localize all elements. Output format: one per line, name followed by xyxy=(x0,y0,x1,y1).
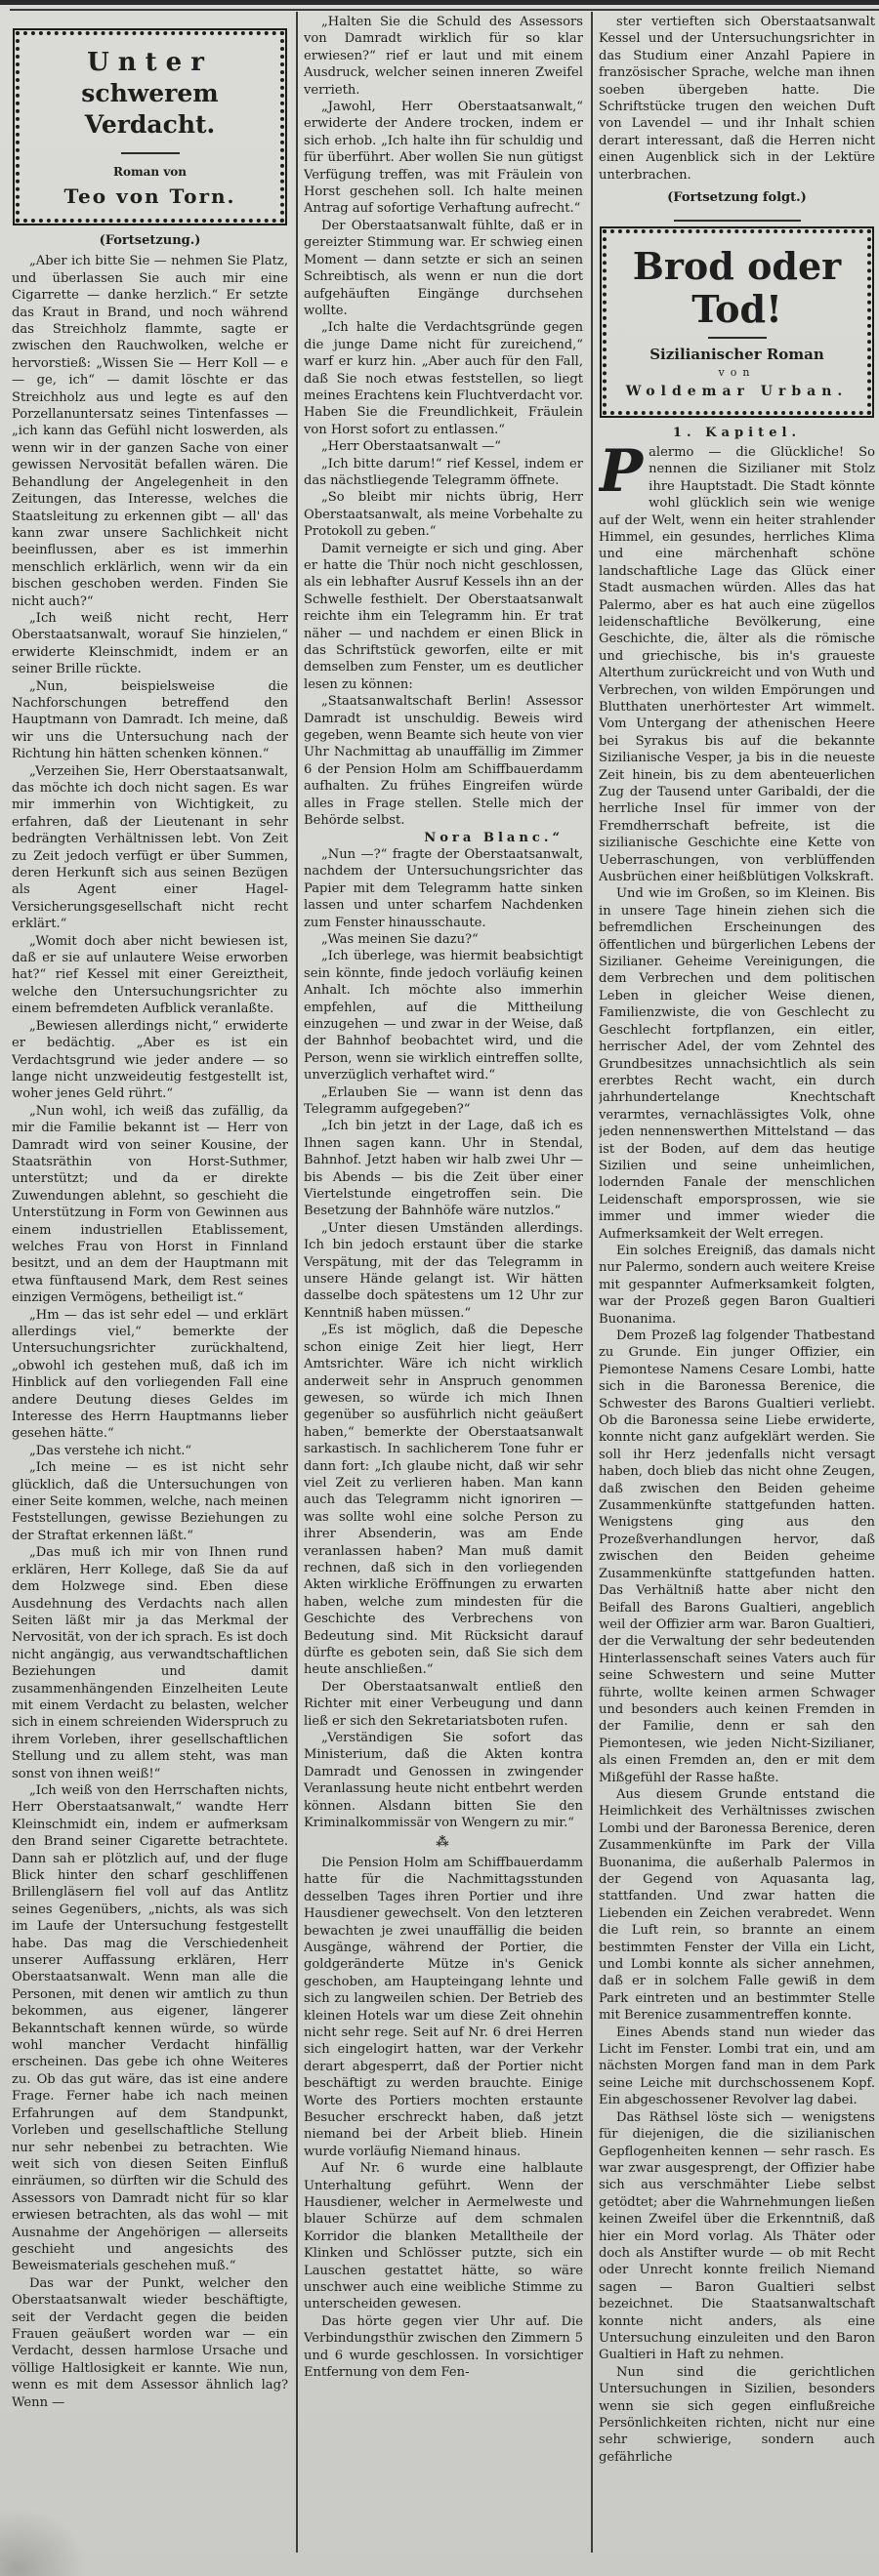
continuation-label: (Fortsetzung.) xyxy=(12,232,288,249)
paragraph: Das Räthsel löste sich — wenigstens für … xyxy=(599,2109,875,2364)
paragraph: Damit verneigte er sich und ging. Aber e… xyxy=(304,541,583,694)
paragraph: „Ich bitte darum!“ rief Kessel, indem er… xyxy=(304,456,583,490)
paragraph: Dem Prozeß lag folgender Thatbestand zu … xyxy=(599,1328,875,1786)
paragraph: Der Oberstaatsanwalt fühlte, daß er in g… xyxy=(304,218,583,319)
paragraph: Der Oberstaatsanwalt entließ den Richter… xyxy=(304,1679,583,1730)
section-rule xyxy=(674,220,801,222)
paragraph: „Was meinen Sie dazu?“ xyxy=(304,931,583,948)
first-paragraph: Palermo — die Glückliche! So nennen die … xyxy=(599,444,875,886)
novel-by: von xyxy=(614,364,859,382)
paragraph: Die Pension Holm am Schiffbauerdamm hatt… xyxy=(304,1855,583,2160)
serial-subtitle: Roman von xyxy=(27,164,272,180)
paragraph: „Womit doch aber nicht bewiesen ist, daß… xyxy=(12,933,288,1018)
article-body: „Nun —?“ fragte der Oberstaatsanwalt, na… xyxy=(304,846,583,1832)
paper-stain xyxy=(0,2508,88,2576)
first-paragraph-text: alermo — die Glückliche! So nennen die S… xyxy=(599,445,875,884)
paragraph: Aus diesem Grunde entstand die Heimlichk… xyxy=(599,1786,875,2024)
paragraph: „Es ist möglich, daß die Depesche schon … xyxy=(304,1322,583,1679)
paragraph: „Nun, beispielsweise die Nachforschungen… xyxy=(12,678,288,763)
article-body: Die Pension Holm am Schiffbauerdamm hatt… xyxy=(304,1855,583,2382)
column-divider xyxy=(296,12,298,2553)
column-3: ster vertieften sich Oberstaatsanwalt Ke… xyxy=(599,14,875,2555)
article-body: Und wie im Großen, so im Kleinen. Bis in… xyxy=(599,885,875,2466)
paragraph: „Bewiesen allerdings nicht,“ erwiderte e… xyxy=(12,1018,288,1103)
column-1: Unter schwerem Verdacht. Roman von Teo v… xyxy=(12,14,288,2555)
paragraph: „Verständigen Sie sofort das Ministerium… xyxy=(304,1730,583,1831)
paragraph: „Nun wohl, ich weiß das zufällig, da mir… xyxy=(12,1103,288,1307)
paragraph: Das hörte gegen vier Uhr auf. Die Verbin… xyxy=(304,2313,583,2382)
novel-author: Woldemar Urban. xyxy=(614,382,859,401)
telegram-signature: Nora Blanc.“ xyxy=(304,830,583,846)
novel-title: Brod oder Tod! xyxy=(614,245,859,331)
paragraph: „Verzeihen Sie, Herr Oberstaatsanwalt, d… xyxy=(12,763,288,933)
paragraph: „Nun —?“ fragte der Oberstaatsanwalt, na… xyxy=(304,846,583,931)
paragraph: „Ich meine — es ist nicht sehr glücklich… xyxy=(12,1459,288,1544)
newspaper-page: Unter schwerem Verdacht. Roman von Teo v… xyxy=(0,0,879,2576)
paragraph: „Aber ich bitte Sie — nehmen Sie Platz, … xyxy=(12,253,288,610)
paragraph: „Erlauben Sie — wann ist denn das Telegr… xyxy=(304,1084,583,1119)
paragraph: „Ich halte die Verdachtsgründe gegen die… xyxy=(304,319,583,438)
paragraph: „So bleibt mir nichts übrig, Herr Oberst… xyxy=(304,489,583,540)
drop-cap: P xyxy=(599,446,643,497)
paragraph: „Staatsanwaltschaft Berlin! Assessor Dam… xyxy=(304,693,583,829)
paragraph: Auf Nr. 6 wurde eine halblaute Unterhalt… xyxy=(304,2160,583,2313)
paragraph: Nun sind die gerichtlichen Untersuchunge… xyxy=(599,2364,875,2466)
to-be-continued-label: (Fortsetzung folgt.) xyxy=(599,189,875,206)
column-2: „Halten Sie die Schuld des Assessors von… xyxy=(304,14,583,2555)
article-body: „Aber ich bitte Sie — nehmen Sie Platz, … xyxy=(12,253,288,2411)
paragraph: „Ich bin jetzt in der Lage, daß ich es I… xyxy=(304,1118,583,1219)
top-rule xyxy=(0,0,879,5)
novel-subtitle: Sizilianischer Roman xyxy=(614,345,859,364)
paragraph: Und wie im Großen, so im Kleinen. Bis in… xyxy=(599,885,875,1243)
title-divider xyxy=(708,337,767,339)
paragraph: „Herr Oberstaatsanwalt —“ xyxy=(304,438,583,455)
paragraph: „Ich überlege, was hiermit beabsichtigt … xyxy=(304,948,583,1084)
title-divider xyxy=(121,152,180,154)
paragraph: Eines Abends stand nun wieder das Licht … xyxy=(599,2024,875,2109)
article-body: ster vertieften sich Oberstaatsanwalt Ke… xyxy=(599,14,875,184)
paragraph: ster vertieften sich Oberstaatsanwalt Ke… xyxy=(599,14,875,184)
paragraph: „Ich weiß nicht recht, Herr Oberstaatsan… xyxy=(12,610,288,678)
paragraph: „Jawohl, Herr Oberstaatsanwalt,“ erwider… xyxy=(304,99,583,218)
serial-author: Teo von Torn. xyxy=(27,184,272,209)
column-divider xyxy=(591,12,593,2553)
paragraph: „Das muß ich mir von Ihnen rund erklären… xyxy=(12,1544,288,1782)
section-break: ⁂ xyxy=(304,1834,583,1851)
paragraph: Das war der Punkt, welcher den Oberstaat… xyxy=(12,2275,288,2411)
novel-title-box: Brod oder Tod! Sizilianischer Roman von … xyxy=(603,229,871,415)
serial-title-line2: schwerem Verdacht. xyxy=(27,78,272,141)
paragraph: „Halten Sie die Schuld des Assessors von… xyxy=(304,14,583,99)
serial-title-line1: Unter xyxy=(27,47,272,78)
article-body: „Halten Sie die Schuld des Assessors von… xyxy=(304,14,583,830)
top-rule-thin xyxy=(10,9,879,11)
paragraph: Ein solches Ereigniß, das damals nicht n… xyxy=(599,1243,875,1328)
serial-title-box: Unter schwerem Verdacht. Roman von Teo v… xyxy=(16,31,284,223)
paragraph: „Unter diesen Umständen allerdings. Ich … xyxy=(304,1220,583,1322)
paragraph: „Das verstehe ich nicht.“ xyxy=(12,1443,288,1459)
paragraph: „Hm — das ist sehr edel — und erklärt al… xyxy=(12,1307,288,1443)
paragraph: „Ich weiß von den Herrschaften nichts, H… xyxy=(12,1782,288,2275)
